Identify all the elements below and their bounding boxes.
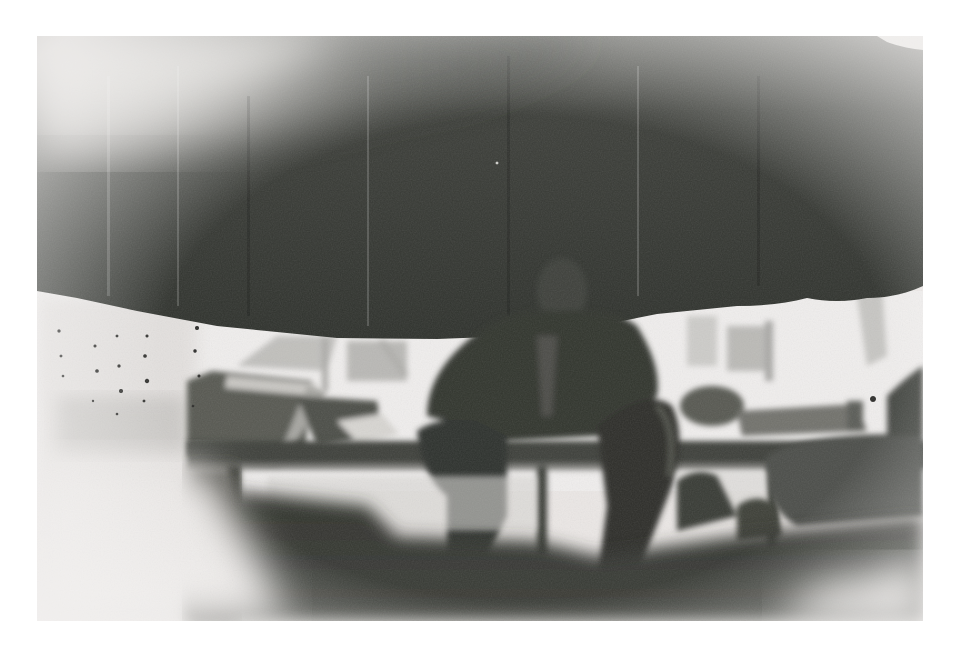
photo-canvas	[37, 36, 923, 621]
vignette	[37, 36, 923, 621]
photograph	[37, 36, 923, 621]
